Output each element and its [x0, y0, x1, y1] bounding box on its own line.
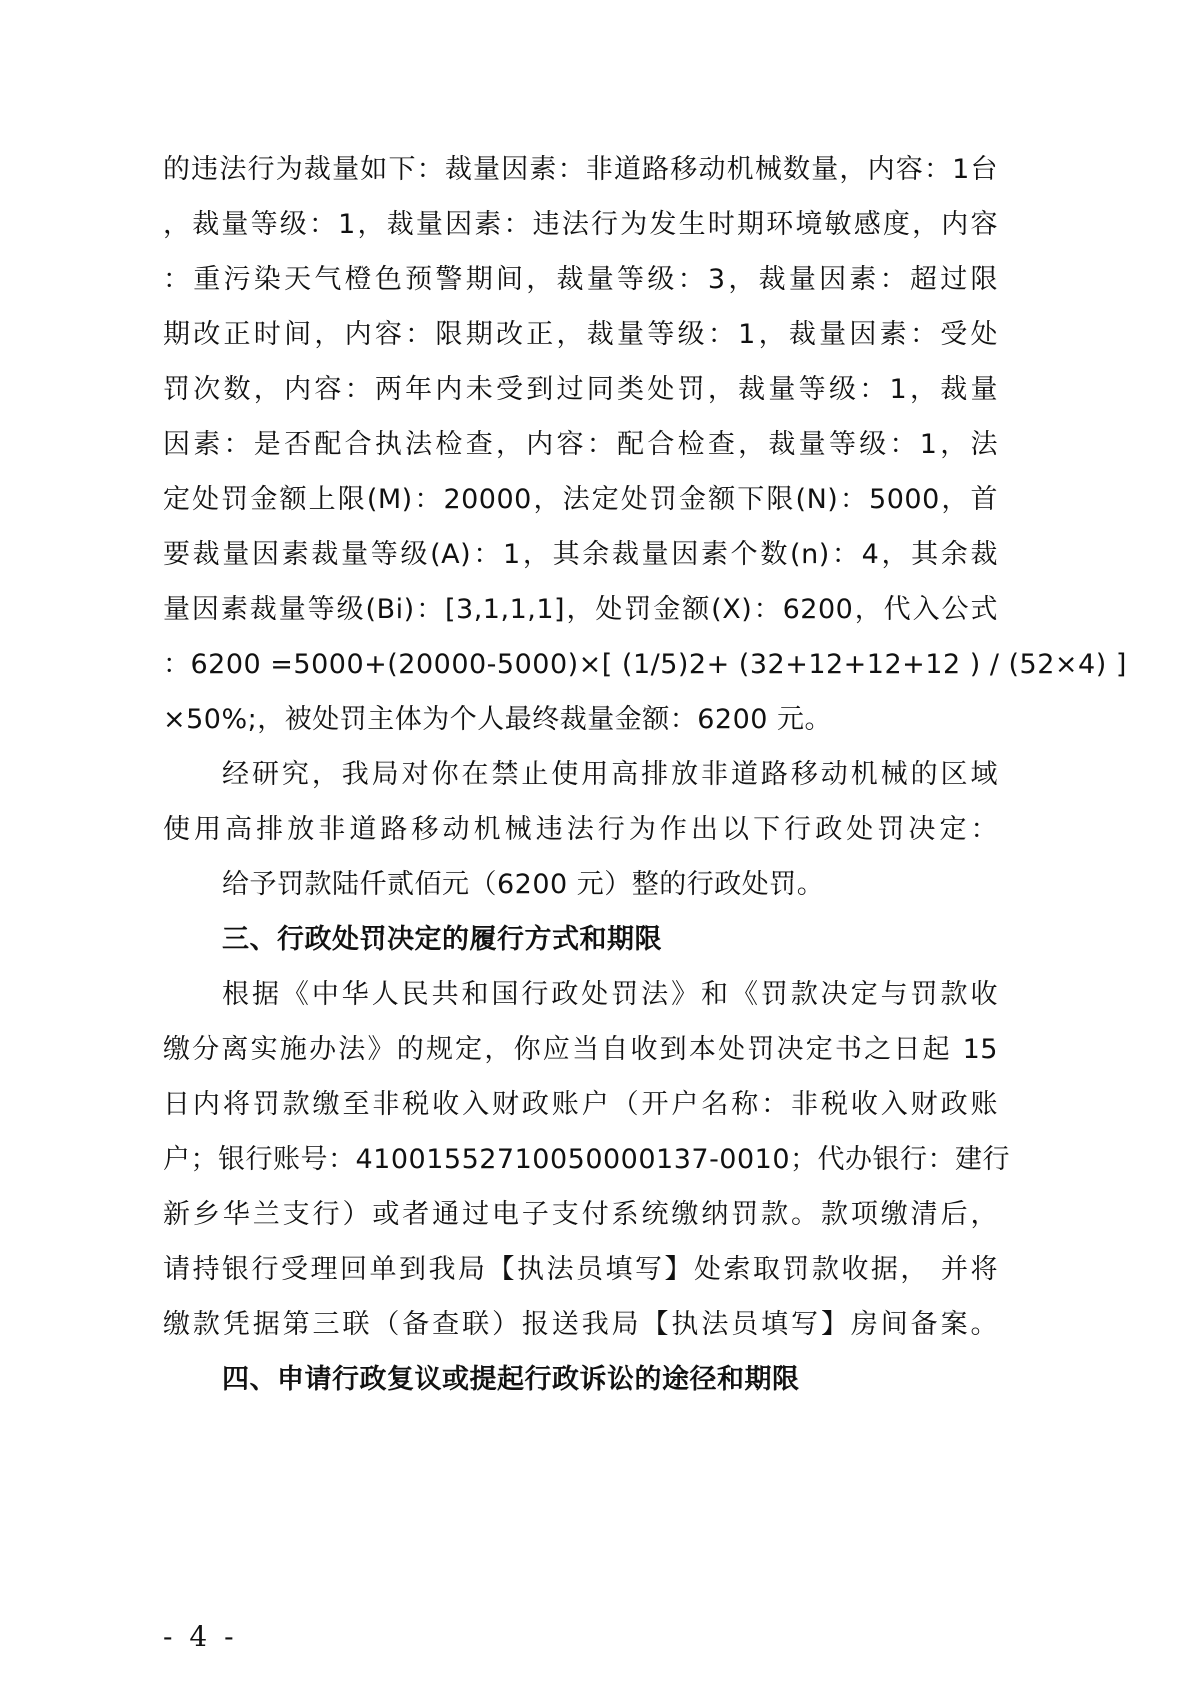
- body-line: 的违法行为裁量如下：裁量因素：非道路移动机械数量，内容：1台: [163, 152, 998, 188]
- body-line: ×50%;，被处罚主体为个人最终裁量金额：6200 元。: [163, 702, 998, 738]
- body-line: 新乡华兰支行）或者通过电子支付系统缴纳罚款。款项缴清后，: [163, 1197, 998, 1233]
- body-line: 使用高排放非道路移动机械违法行为作出以下行政处罚决定：: [163, 812, 998, 848]
- paragraph-start: 经研究，我局对你在禁止使用高排放非道路移动机械的区域: [222, 757, 998, 793]
- page-number: - 4 -: [163, 1620, 238, 1653]
- section-heading-4: 四、申请行政复议或提起行政诉讼的途径和期限: [222, 1362, 998, 1398]
- body-line: 量因素裁量等级(Bi)：[3,1,1,1]，处罚金额(X)：6200，代入公式: [163, 592, 998, 628]
- decision-line: 给予罚款陆仟贰佰元（6200 元）整的行政处罚。: [222, 867, 998, 903]
- body-line: 日内将罚款缴至非税收入财政账户（开户名称：非税收入财政账: [163, 1087, 998, 1123]
- body-line: 因素：是否配合执法检查，内容：配合检查，裁量等级：1，法: [163, 427, 998, 463]
- body-line: 请持银行受理回单到我局【执法员填写】处索取罚款收据， 并将: [163, 1252, 998, 1288]
- body-line: 缴款凭据第三联（备查联）报送我局【执法员填写】房间备案。: [163, 1307, 998, 1343]
- body-line: 期改正时间，内容：限期改正，裁量等级：1，裁量因素：受处: [163, 317, 998, 353]
- body-line: 罚次数，内容：两年内未受到过同类处罚，裁量等级：1，裁量: [163, 372, 998, 408]
- body-line: 定处罚金额上限(M)：20000，法定处罚金额下限(N)：5000，首: [163, 482, 998, 518]
- body-line: ，裁量等级：1，裁量因素：违法行为发生时期环境敏感度，内容: [163, 207, 998, 243]
- formula-line: ：6200 =5000+(20000-5000)×[ (1/5)2+ (32+1…: [163, 647, 998, 683]
- section-heading-3: 三、行政处罚决定的履行方式和期限: [222, 922, 998, 958]
- document-page: 的违法行为裁量如下：裁量因素：非道路移动机械数量，内容：1台 ，裁量等级：1，裁…: [0, 0, 1190, 1684]
- body-line: 要裁量因素裁量等级(A)：1，其余裁量因素个数(n)：4，其余裁: [163, 537, 998, 573]
- body-line: ：重污染天气橙色预警期间，裁量等级：3，裁量因素：超过限: [163, 262, 998, 298]
- body-line: 缴分离实施办法》的规定，你应当自收到本处罚决定书之日起 15: [163, 1032, 998, 1068]
- paragraph-start: 根据《中华人民共和国行政处罚法》和《罚款决定与罚款收: [222, 977, 998, 1013]
- bank-account-line: 户；银行账号：41001552710050000137-0010；代办银行：建行: [163, 1142, 998, 1178]
